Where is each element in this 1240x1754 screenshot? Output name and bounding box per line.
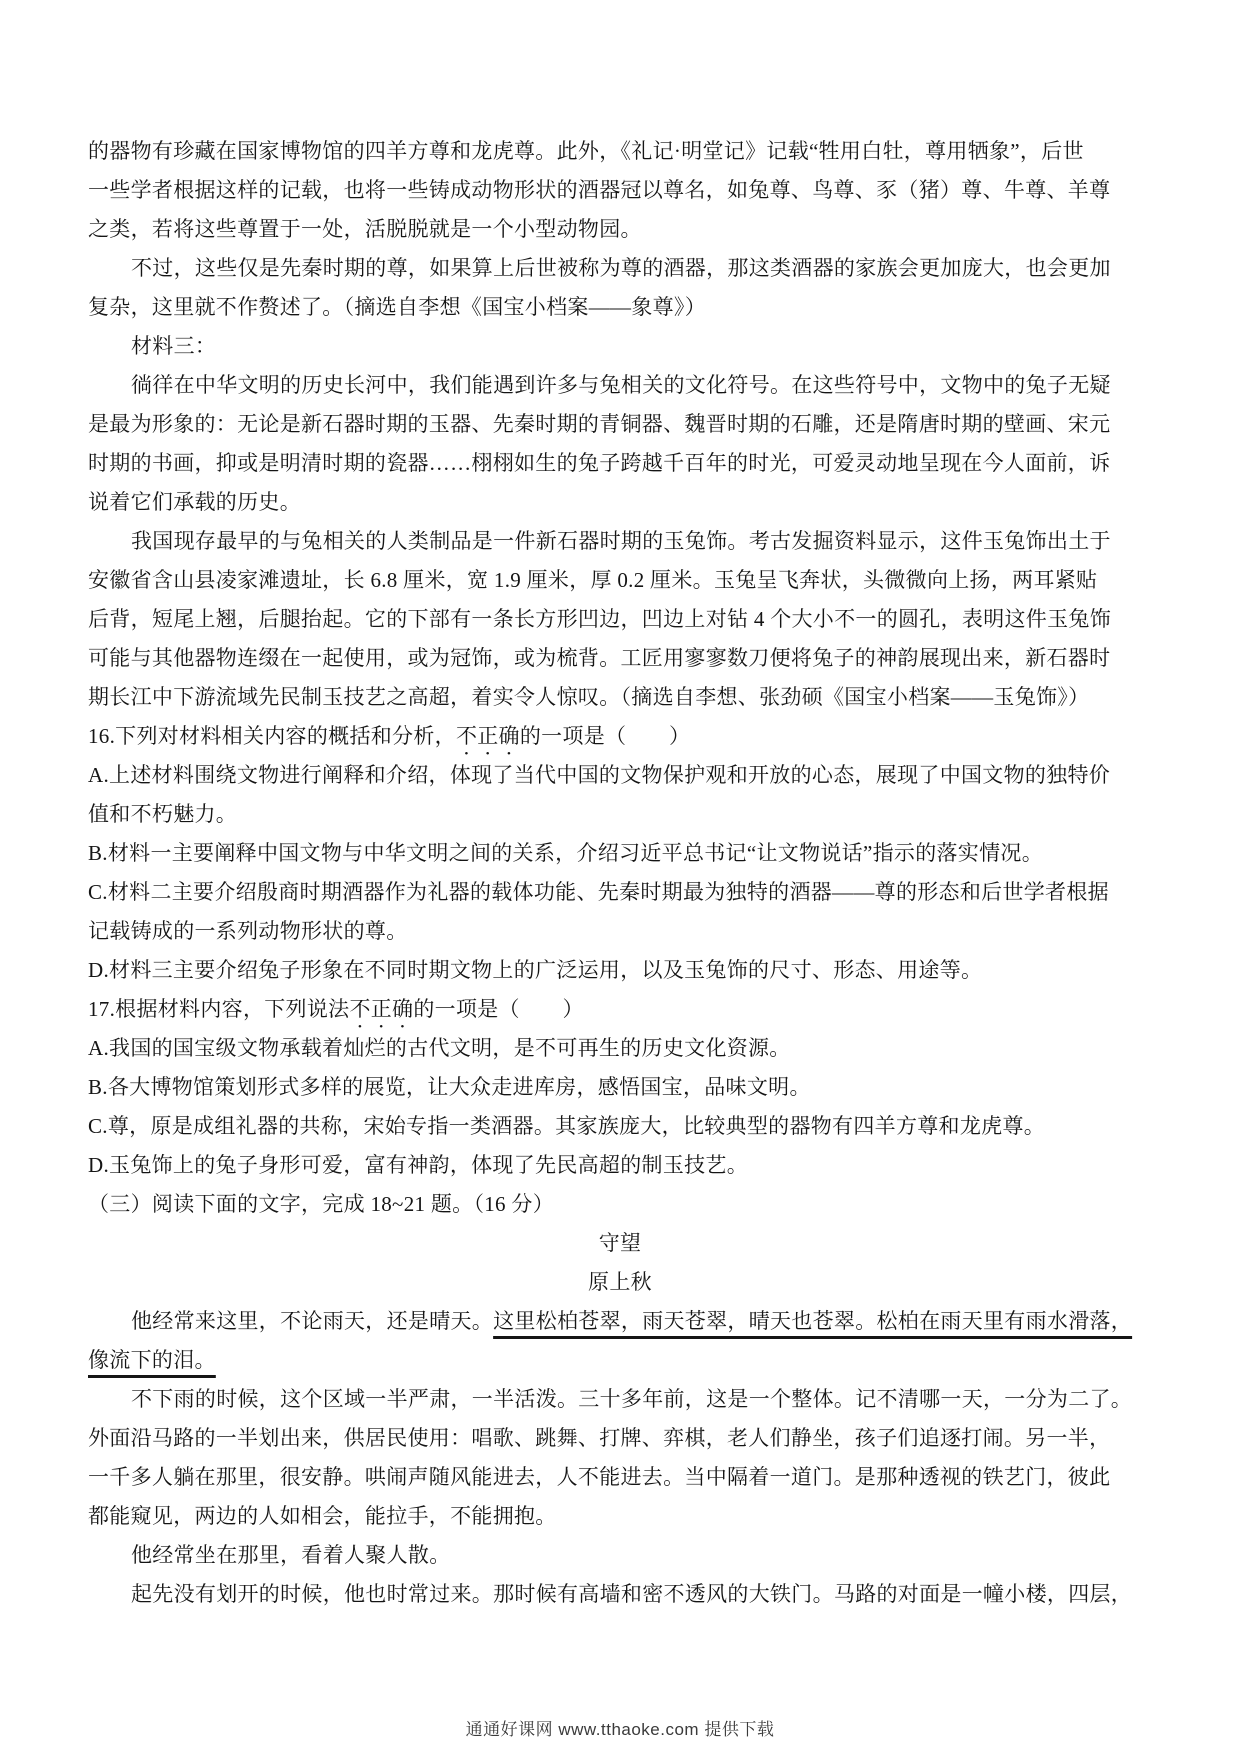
emphasized-text: 不正确 — [456, 724, 520, 748]
material-three-text: 是最为形象的：无论是新石器时期的玉器、先秦时期的青铜器、魏晋时期的石雕，还是隋唐… — [88, 405, 1152, 444]
essay-text: 他经常来这里，不论雨天，还是晴天。这里松柏苍翠，雨天苍翠，晴天也苍翠。松柏在雨天… — [88, 1302, 1152, 1341]
material-three-source: 期长江中下游流域先民制玉技艺之高超，着实令人惊叹。（摘选自李想、张劲硕《国宝小档… — [88, 678, 1152, 717]
text-run: C.尊，原是成组礼器的共称，宋始专指一类酒器。其家族庞大，比较典型的器物有四羊方… — [88, 1114, 1045, 1138]
section-three-header: （三）阅读下面的文字，完成 18~21 题。（16 分） — [88, 1185, 1152, 1224]
text-run: 的器物有珍藏在国家博物馆的四羊方尊和龙虎尊。此外，《礼记·明堂记》记载“牲用白牡… — [88, 139, 1084, 163]
text-run: 徜徉在中华文明的历史长河中，我们能遇到许多与兔相关的文化符号。在这些符号中，文物… — [131, 373, 1111, 397]
text-run: 16.下列对材料相关内容的概括和分析， — [88, 724, 456, 748]
material-three-text: 时期的书画，抑或是明清时期的瓷器……栩栩如生的兔子跨越千百年的时光，可爱灵动地呈… — [88, 444, 1152, 483]
underlined-text: 这里松柏苍翠，雨天苍翠，晴天也苍翠。松柏在雨天里有雨水滑落， — [493, 1309, 1132, 1333]
text-run: 守望 — [599, 1231, 642, 1255]
text-run: 他经常来这里，不论雨天，还是晴天。 — [131, 1309, 493, 1333]
essay-text: 像流下的泪。 — [88, 1341, 1152, 1380]
material-three-text: 徜徉在中华文明的历史长河中，我们能遇到许多与兔相关的文化符号。在这些符号中，文物… — [88, 366, 1152, 405]
essay-text: 他经常坐在那里，看着人聚人散。 — [88, 1536, 1152, 1575]
text-run: 值和不朽魅力。 — [88, 802, 237, 826]
footer-note: 通通好课网 www.tthaoke.com 提供下载 — [0, 1715, 1240, 1740]
text-run: 外面沿马路的一半划出来，供居民使用：唱歌、跳舞、打牌、弈棋，老人们静坐，孩子们追… — [88, 1426, 1110, 1450]
text-run: 记载铸成的一系列动物形状的尊。 — [88, 919, 408, 943]
text-run: 不下雨的时候，这个区域一半严肃，一半活泼。三十多年前，这是一个整体。记不清哪一天… — [131, 1387, 1132, 1411]
text-run: 安徽省含山县凌家滩遗址，长 6.8 厘米，宽 1.9 厘米，厚 0.2 厘米。玉… — [88, 568, 1097, 592]
question-16: 16.下列对材料相关内容的概括和分析，不正确的一项是（ ） — [88, 717, 1152, 756]
page-text-column: 的器物有珍藏在国家博物馆的四羊方尊和龙虎尊。此外，《礼记·明堂记》记载“牲用白牡… — [88, 132, 1152, 1614]
text-run: B.各大博物馆策划形式多样的展览，让大众走进库房，感悟国宝，品味文明。 — [88, 1075, 811, 1099]
text-run: 都能窥见，两边的人如相会，能拉手，不能拥抱。 — [88, 1504, 557, 1528]
text-run: 一些学者根据这样的记载，也将一些铸成动物形状的酒器冠以尊名，如兔尊、鸟尊、豕（猪… — [88, 178, 1110, 202]
text-run: 材料三： — [131, 334, 216, 358]
text-run: A.上述材料围绕文物进行阐释和介绍，体现了当代中国的文物保护观和开放的心态，展现… — [88, 763, 1110, 787]
material-three-text: 我国现存最早的与兔相关的人类制品是一件新石器时期的玉兔饰。考古发掘资料显示，这件… — [88, 522, 1152, 561]
text-run: C.材料二主要介绍殷商时期酒器作为礼器的载体功能、先秦时期最为独特的酒器——尊的… — [88, 880, 1109, 904]
text-run: 17.根据材料内容，下列说法 — [88, 997, 349, 1021]
text-run: 的一项是（ ） — [413, 997, 583, 1021]
text-run: 原上秋 — [588, 1270, 652, 1294]
essay-text: 一千多人躺在那里，很安静。哄闹声随风能进去，人不能进去。当中隔着一道门。是那种透… — [88, 1458, 1152, 1497]
option-17-a: A.我国的国宝级文物承载着灿烂的古代文明，是不可再生的历史文化资源。 — [88, 1029, 1152, 1068]
text-run: 我国现存最早的与兔相关的人类制品是一件新石器时期的玉兔饰。考古发掘资料显示，这件… — [131, 529, 1111, 553]
text-run: D.材料三主要介绍兔子形象在不同时期文物上的广泛运用，以及玉兔饰的尺寸、形态、用… — [88, 958, 982, 982]
material-three-text: 可能与其他器物连缀在一起使用，或为冠饰，或为梳背。工匠用寥寥数刀便将兔子的神韵展… — [88, 639, 1152, 678]
text-run: 起先没有划开的时候，他也时常过来。那时候有高墙和密不透风的大铁门。马路的对面是一… — [131, 1582, 1132, 1606]
text-run: 复杂，这里就不作赘述了。（摘选自李想《国宝小档案——象尊》） — [88, 295, 706, 319]
text-run: 不过，这些仅是先秦时期的尊，如果算上后世被称为尊的酒器，那这类酒器的家族会更加庞… — [131, 256, 1111, 280]
text-run: A.我国的国宝级文物承载着灿烂的古代文明，是不可再生的历史文化资源。 — [88, 1036, 791, 1060]
text-run: 他经常坐在那里，看着人聚人散。 — [131, 1543, 451, 1567]
text-run: B.材料一主要阐释中国文物与中华文明之间的关系，介绍习近平总书记“让文物说话”指… — [88, 841, 1043, 865]
text-run: 可能与其他器物连缀在一起使用，或为冠饰，或为梳背。工匠用寥寥数刀便将兔子的神韵展… — [88, 646, 1110, 670]
text-run: 一千多人躺在那里，很安静。哄闹声随风能进去，人不能进去。当中隔着一道门。是那种透… — [88, 1465, 1110, 1489]
option-16-b: B.材料一主要阐释中国文物与中华文明之间的关系，介绍习近平总书记“让文物说话”指… — [88, 834, 1152, 873]
essay-text: 都能窥见，两边的人如相会，能拉手，不能拥抱。 — [88, 1497, 1152, 1536]
option-16-d: D.材料三主要介绍兔子形象在不同时期文物上的广泛运用，以及玉兔饰的尺寸、形态、用… — [88, 951, 1152, 990]
text-run: 后背，短尾上翘，后腿抬起。它的下部有一条长方形凹边，凹边上对钻 4 个大小不一的… — [88, 607, 1111, 631]
material-two-text: 不过，这些仅是先秦时期的尊，如果算上后世被称为尊的酒器，那这类酒器的家族会更加庞… — [88, 249, 1152, 288]
emphasized-text: 不正确 — [349, 997, 413, 1021]
option-16-a: A.上述材料围绕文物进行阐释和介绍，体现了当代中国的文物保护观和开放的心态，展现… — [88, 756, 1152, 795]
material-three-label: 材料三： — [88, 327, 1152, 366]
option-17-b: B.各大博物馆策划形式多样的展览，让大众走进库房，感悟国宝，品味文明。 — [88, 1068, 1152, 1107]
text-run: 时期的书画，抑或是明清时期的瓷器……栩栩如生的兔子跨越千百年的时光，可爱灵动地呈… — [88, 451, 1110, 475]
underlined-text: 像流下的泪。 — [88, 1348, 216, 1372]
text-run: 说着它们承载的历史。 — [88, 490, 301, 514]
material-three-text: 安徽省含山县凌家滩遗址，长 6.8 厘米，宽 1.9 厘米，厚 0.2 厘米。玉… — [88, 561, 1152, 600]
text-run: 之类，若将这些尊置于一处，活脱脱就是一个小型动物园。 — [88, 217, 642, 241]
option-16-a-cont: 值和不朽魅力。 — [88, 795, 1152, 834]
option-17-d: D.玉兔饰上的兔子身形可爱，富有神韵，体现了先民高超的制玉技艺。 — [88, 1146, 1152, 1185]
material-two-text: 之类，若将这些尊置于一处，活脱脱就是一个小型动物园。 — [88, 210, 1152, 249]
material-two-source: 复杂，这里就不作赘述了。（摘选自李想《国宝小档案——象尊》） — [88, 288, 1152, 327]
text-run: 的一项是（ ） — [520, 724, 690, 748]
essay-text: 起先没有划开的时候，他也时常过来。那时候有高墙和密不透风的大铁门。马路的对面是一… — [88, 1575, 1152, 1614]
question-17: 17.根据材料内容，下列说法不正确的一项是（ ） — [88, 990, 1152, 1029]
text-run: 是最为形象的：无论是新石器时期的玉器、先秦时期的青铜器、魏晋时期的石雕，还是隋唐… — [88, 412, 1110, 436]
option-16-c: C.材料二主要介绍殷商时期酒器作为礼器的载体功能、先秦时期最为独特的酒器——尊的… — [88, 873, 1152, 912]
material-three-text: 说着它们承载的历史。 — [88, 483, 1152, 522]
essay-text: 不下雨的时候，这个区域一半严肃，一半活泼。三十多年前，这是一个整体。记不清哪一天… — [88, 1380, 1152, 1419]
essay-text: 外面沿马路的一半划出来，供居民使用：唱歌、跳舞、打牌、弈棋，老人们静坐，孩子们追… — [88, 1419, 1152, 1458]
option-16-c-cont: 记载铸成的一系列动物形状的尊。 — [88, 912, 1152, 951]
essay-title: 守望 — [88, 1224, 1152, 1263]
material-two-text: 一些学者根据这样的记载，也将一些铸成动物形状的酒器冠以尊名，如兔尊、鸟尊、豕（猪… — [88, 171, 1152, 210]
text-run: D.玉兔饰上的兔子身形可爱，富有神韵，体现了先民高超的制玉技艺。 — [88, 1153, 748, 1177]
text-run: （三）阅读下面的文字，完成 18~21 题。（16 分） — [88, 1192, 554, 1216]
material-three-text: 后背，短尾上翘，后腿抬起。它的下部有一条长方形凹边，凹边上对钻 4 个大小不一的… — [88, 600, 1152, 639]
exam-paper-page: 的器物有珍藏在国家博物馆的四羊方尊和龙虎尊。此外，《礼记·明堂记》记载“牲用白牡… — [0, 0, 1240, 1754]
material-two-text: 的器物有珍藏在国家博物馆的四羊方尊和龙虎尊。此外，《礼记·明堂记》记载“牲用白牡… — [88, 132, 1152, 171]
option-17-c: C.尊，原是成组礼器的共称，宋始专指一类酒器。其家族庞大，比较典型的器物有四羊方… — [88, 1107, 1152, 1146]
essay-author: 原上秋 — [88, 1263, 1152, 1302]
text-run: 期长江中下游流域先民制玉技艺之高超，着实令人惊叹。（摘选自李想、张劲硕《国宝小档… — [88, 685, 1089, 709]
